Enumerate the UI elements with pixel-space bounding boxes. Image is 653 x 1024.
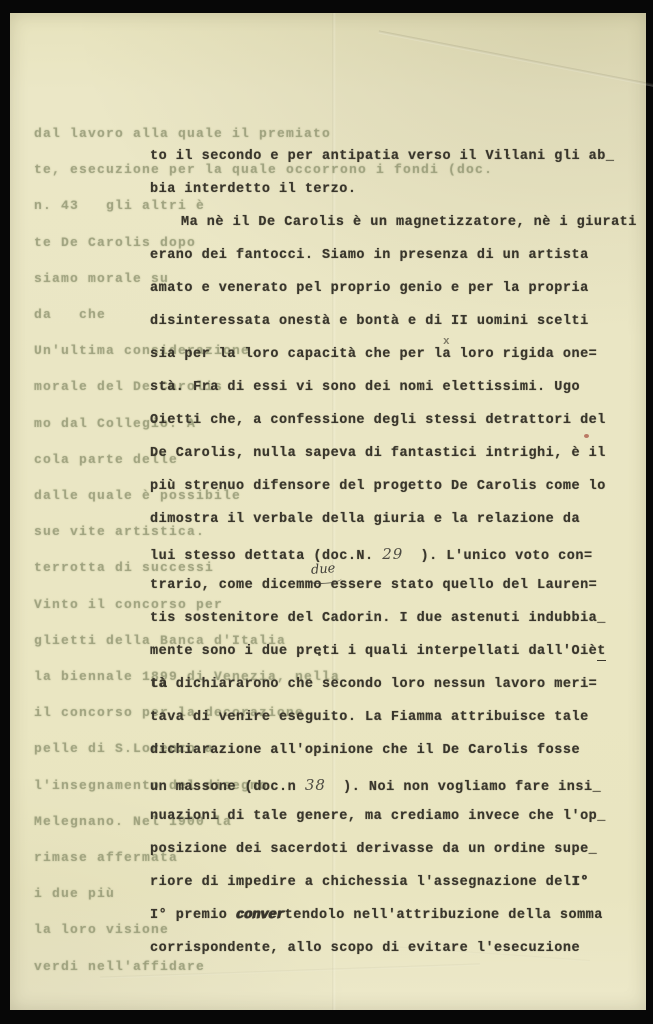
ink-speck	[507, 154, 509, 156]
typescript-line: bia interdetto il terzo.	[150, 182, 356, 197]
typescript-line: De Carolis, nulla sapeva di fantastici i…	[150, 446, 606, 461]
typescript-line: amato e venerato pel proprio genio e per…	[150, 281, 589, 296]
typescript-line: lui stesso dettata (doc.N. 29 ). L'unico…	[150, 545, 593, 564]
line-text: mente sono i due preti i quali interpell…	[150, 644, 597, 659]
overstruck-word: conver	[236, 908, 285, 923]
typescript-line: dichiarazione all'opinione che il De Car…	[150, 743, 580, 758]
red-ink-speck	[584, 434, 589, 438]
typescript-text: to il secondo e per antipatia verso il V…	[10, 13, 646, 1010]
typescript-line: disinteressata onestà e bontà e di II uo…	[150, 314, 589, 329]
line-text: lui stesso dettata (doc.N.	[150, 549, 382, 564]
document-page: dal lavoro alla quale il premiatote, ese…	[10, 13, 646, 1010]
typescript-line: corrispondente, allo scopo di evitare l'…	[150, 941, 580, 956]
typescript-line: trario, come dicemmo essere stato quello…	[150, 578, 597, 593]
handwritten-doc-number: 29	[382, 545, 403, 563]
handwritten-x-mark: x	[443, 336, 450, 348]
typescript-line: tis sostenitore del Cadorin. I due asten…	[150, 611, 606, 626]
overstruck-syllable: tà	[150, 677, 167, 692]
ink-speck	[318, 653, 321, 656]
typescript-line: nuazioni di tale genere, ma crediamo inv…	[150, 809, 606, 824]
line-text: tendolo nell'attribuzione della somma	[285, 908, 603, 923]
typescript-line: erano dei fantocci. Siamo in presenza di…	[150, 248, 589, 263]
typescript-line: tà dichiararono che secondo loro nessun …	[150, 677, 597, 692]
typescript-line: to il secondo e per antipatia verso il V…	[150, 149, 614, 164]
typescript-line: Ma nè il De Carolis è un magnetizzatore,…	[150, 215, 637, 230]
line-text: ). L'unico voto con=	[403, 549, 592, 564]
handwritten-doc-number: 38	[305, 776, 326, 794]
line-text: ). Noi non vogliamo fare insi_	[326, 780, 601, 795]
typescript-line: più strenuo difensore del progetto De Ca…	[150, 479, 606, 494]
typescript-line: stà. Fra di essi vi sono dei nomi eletti…	[150, 380, 580, 395]
overstruck-ordinal: I°	[571, 875, 588, 890]
typescript-line: mente sono i due preti i quali interpell…	[150, 644, 606, 659]
typescript-line: posizione dei sacerdoti derivasse da un …	[150, 842, 597, 857]
handwritten-insertion-due: due	[311, 561, 336, 578]
typescript-line: tava di venire eseguito. La Fiamma attri…	[150, 710, 589, 725]
typescript-line: dimostra il verbale della giuria e la re…	[150, 512, 580, 527]
typescript-line: Oietti che, a confessione degli stessi d…	[150, 413, 606, 428]
line-text: dichiararono che secondo loro nessun lav…	[167, 677, 597, 692]
typescript-line: sia per la loro capacità che per la loro…	[150, 347, 597, 362]
typescript-line: riore di impedire a chichessia l'assegna…	[150, 875, 589, 890]
line-text: riore di impedire a chichessia l'assegna…	[150, 875, 571, 890]
underlined-letter: t	[597, 644, 606, 661]
typescript-line: un massone (doc.n 38 ). Noi non vogliamo…	[150, 776, 601, 795]
line-text: I° premio	[150, 908, 236, 923]
scan-background: { "page": { "frame_color": "#070707", "p…	[0, 0, 653, 1024]
typescript-line: I° premio convertendolo nell'attribuzion…	[150, 908, 603, 923]
line-text: un massone (doc.n	[150, 780, 305, 795]
